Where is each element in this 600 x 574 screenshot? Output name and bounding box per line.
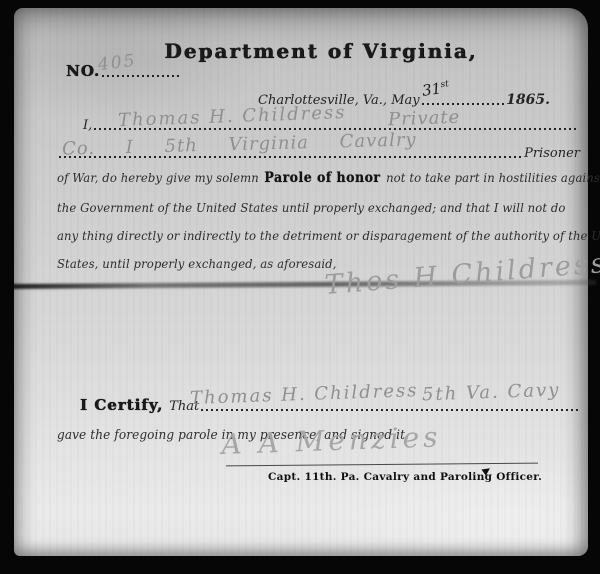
officer-signature: A A Menzies xyxy=(221,420,442,461)
parole-document-paper: Department of Virginia, NO. 405 Charlott… xyxy=(14,8,588,556)
certify-label: I Certify, xyxy=(80,396,163,414)
parole-of-honor-emphasis: Parole of honor xyxy=(264,170,380,186)
officer-title: Capt. 11th. Pa. Cavalry and Paroling Off… xyxy=(268,471,542,483)
oath-intro: I, xyxy=(83,118,92,133)
oath-line-3: any thing directly or indirectly to the … xyxy=(57,228,600,243)
dotted-line xyxy=(422,103,505,105)
prisoner-label: Prisoner xyxy=(524,146,580,161)
parolee-signature: Thos H Childress xyxy=(324,248,600,301)
oath-line-1-pre: of War, do hereby give my solemn xyxy=(57,170,259,185)
oath-line-4: States, until properly exchanged, as afo… xyxy=(57,256,336,271)
document-number-label: NO. xyxy=(66,62,100,80)
oath-line-1-post: not to take part in hostilities against xyxy=(386,170,600,185)
signature-line xyxy=(226,463,538,467)
dotted-line xyxy=(201,409,578,411)
dotted-line xyxy=(102,75,180,77)
oath-line-1: of War, do hereby give my solemnParole o… xyxy=(57,170,600,186)
dateline-day-handwritten: 31st xyxy=(421,78,451,100)
dateline-year: 1865. xyxy=(506,92,550,108)
scan-frame: Department of Virginia, NO. 405 Charlott… xyxy=(0,0,600,574)
oath-line-2: the Government of the United States unti… xyxy=(57,200,566,215)
parolee-rank-handwritten: Private xyxy=(388,107,461,131)
dateline-day-suffix: st xyxy=(440,79,450,90)
